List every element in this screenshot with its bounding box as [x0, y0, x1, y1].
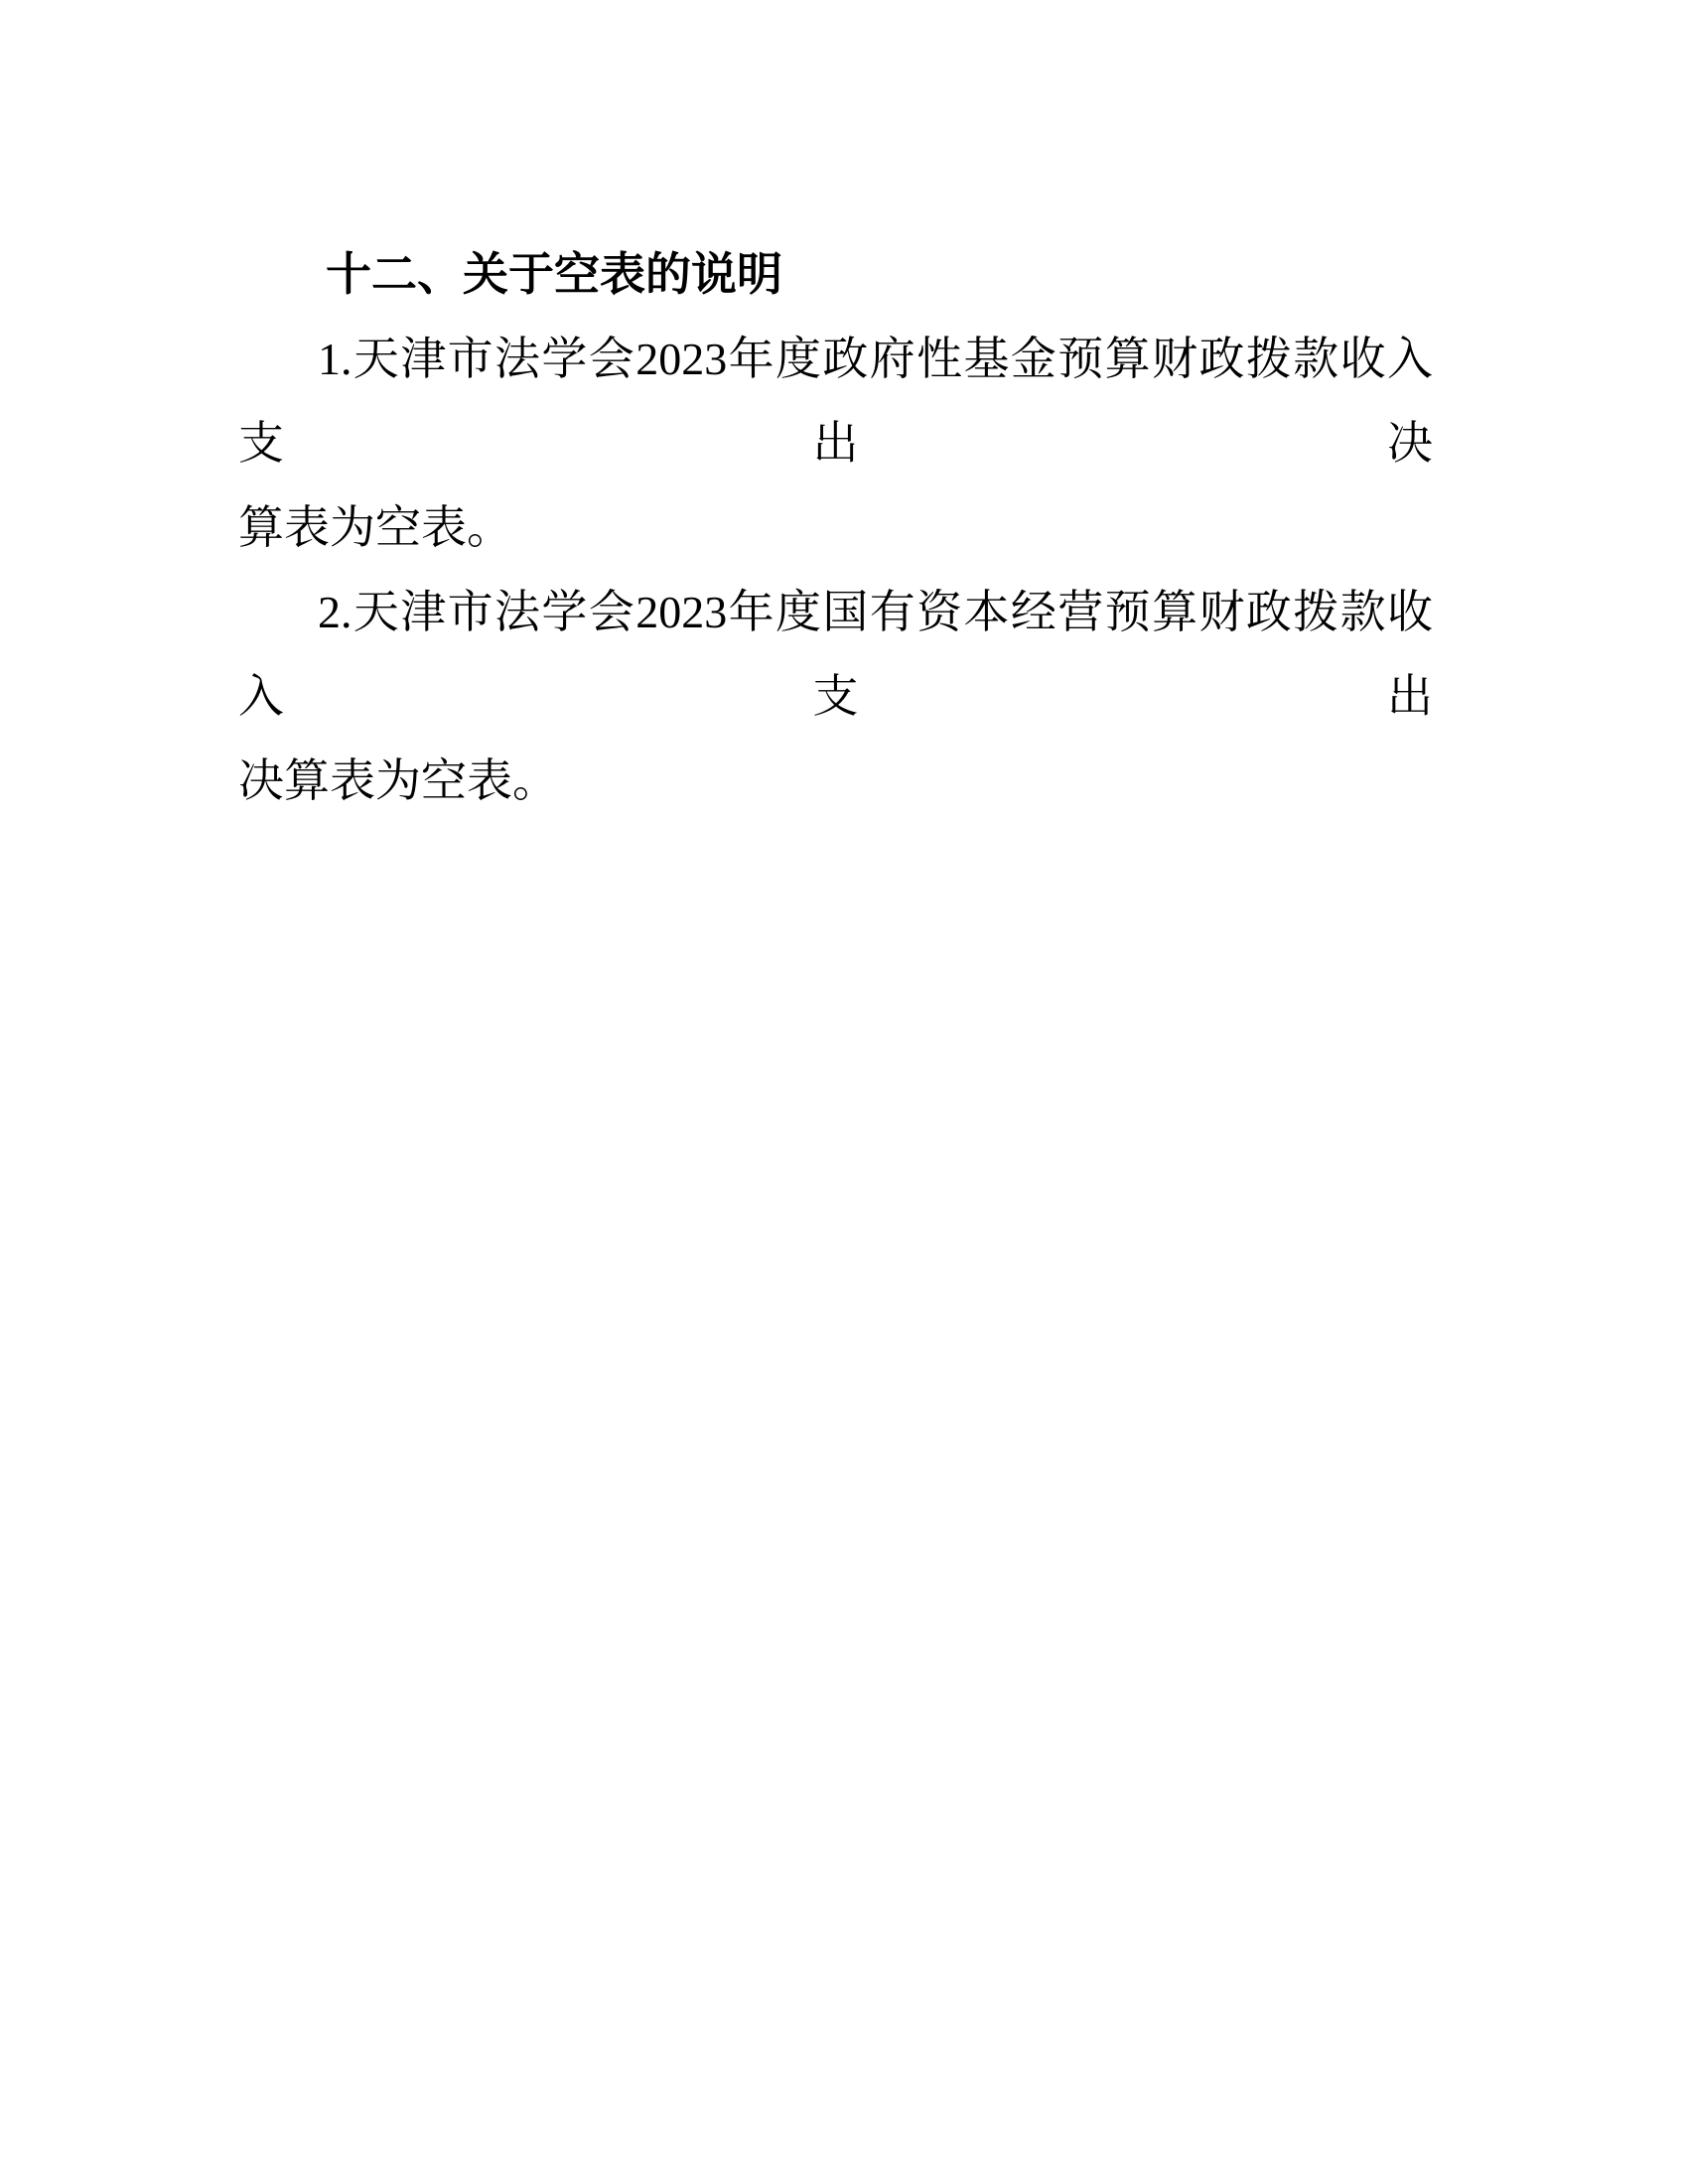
paragraph-2-line-2: 决算表为空表。	[238, 739, 1433, 823]
document-page: 十二、关于空表的说明 1.天津市法学会2023年度政府性基金预算财政拨款收入支出…	[0, 0, 1688, 2184]
paragraph-1-line-1: 1.天津市法学会2023年度政府性基金预算财政拨款收入支出决	[238, 317, 1433, 485]
paragraph-1: 1.天津市法学会2023年度政府性基金预算财政拨款收入支出决 算表为空表。	[238, 317, 1433, 570]
paragraph-1-line-2: 算表为空表。	[238, 485, 1433, 570]
section-heading: 十二、关于空表的说明	[238, 232, 1433, 317]
document-content: 十二、关于空表的说明 1.天津市法学会2023年度政府性基金预算财政拨款收入支出…	[238, 232, 1433, 823]
paragraph-2: 2.天津市法学会2023年度国有资本经营预算财政拨款收入支出 决算表为空表。	[238, 570, 1433, 823]
paragraph-2-line-1: 2.天津市法学会2023年度国有资本经营预算财政拨款收入支出	[238, 570, 1433, 739]
